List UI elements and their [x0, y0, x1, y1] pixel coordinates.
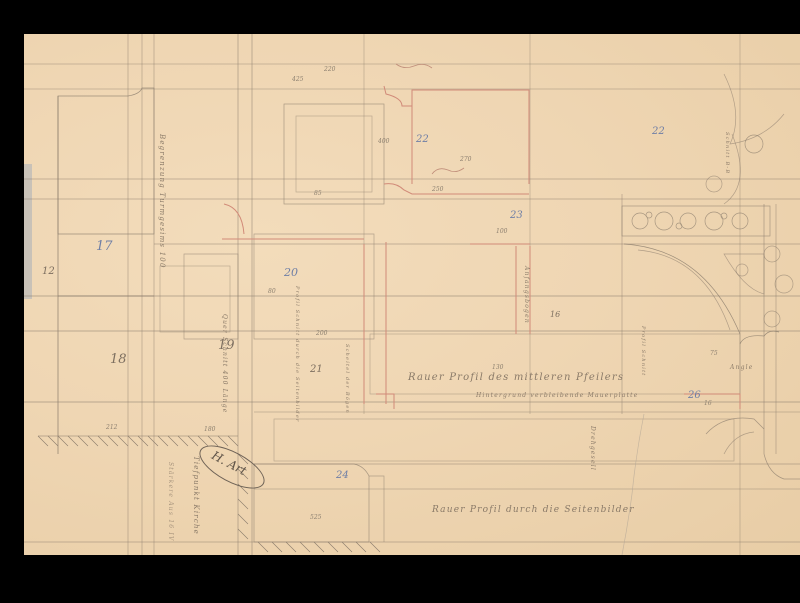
- dimension: 270: [460, 156, 471, 163]
- background-note: Hintergrund verbleibende Mauerplatte: [476, 392, 639, 399]
- section-number-18: 18: [110, 352, 127, 367]
- note-tiefpunkt: Tiefpunkt Kirche: [192, 456, 200, 535]
- dimension: 400: [378, 138, 389, 145]
- section-number-23: 23: [510, 210, 523, 221]
- note-begrenzung: Begrenzung Turmgesims 100: [158, 134, 166, 269]
- drawing-sheet: 17 18 19 20 21 22 22 23 24 26 12 16 Raue…: [24, 34, 800, 555]
- note-anfangsbogen: Anfangsbogen: [523, 266, 530, 324]
- architectural-drawing: [24, 34, 800, 555]
- dimension: 425: [292, 76, 303, 83]
- dimension: 220: [324, 66, 335, 73]
- section-number-24: 24: [336, 470, 349, 481]
- section-number-12: 12: [42, 266, 55, 277]
- note-quer-schnitt: Quer Schnitt 400 Länge: [221, 314, 228, 414]
- section-number-21: 21: [310, 364, 323, 375]
- section-number-22a: 22: [416, 134, 429, 145]
- section-number-16: 16: [550, 310, 560, 319]
- dimension: 250: [432, 186, 443, 193]
- section-number-17: 17: [96, 239, 113, 254]
- note-profil: Profil Schnitt durch die Seitenbilder: [294, 286, 300, 423]
- note-schnitt-b: Schnitt B-B: [724, 132, 730, 174]
- note-profil-right: Profil Schnitt: [640, 326, 646, 377]
- dimension: 130: [492, 364, 503, 371]
- section-number-20: 20: [284, 266, 298, 279]
- note-angle: Angle: [730, 364, 754, 371]
- note-drehgesell: Drehgesell: [589, 426, 596, 471]
- dimension: 180: [204, 426, 215, 433]
- dimension: 16: [704, 400, 712, 407]
- note-scheitel: Scheitel der Bögen: [344, 344, 350, 414]
- section-number-26: 26: [688, 390, 701, 401]
- dimension: 85: [314, 190, 322, 197]
- middle-pillar-profile-title: Rauer Profil des mittleren Pfeilers: [408, 372, 624, 383]
- section-number-22b: 22: [652, 126, 665, 137]
- dimension: 75: [710, 350, 718, 357]
- note-blue-pencil: Stärkere Aus 16 IV: [167, 462, 174, 542]
- dimension: 212: [106, 424, 117, 431]
- dimension: 525: [310, 514, 321, 521]
- dimension: 200: [316, 330, 327, 337]
- side-pillar-profile-title: Rauer Profil durch die Seitenbilder: [432, 505, 635, 515]
- dimension: 80: [268, 288, 276, 295]
- dimension: 100: [496, 228, 507, 235]
